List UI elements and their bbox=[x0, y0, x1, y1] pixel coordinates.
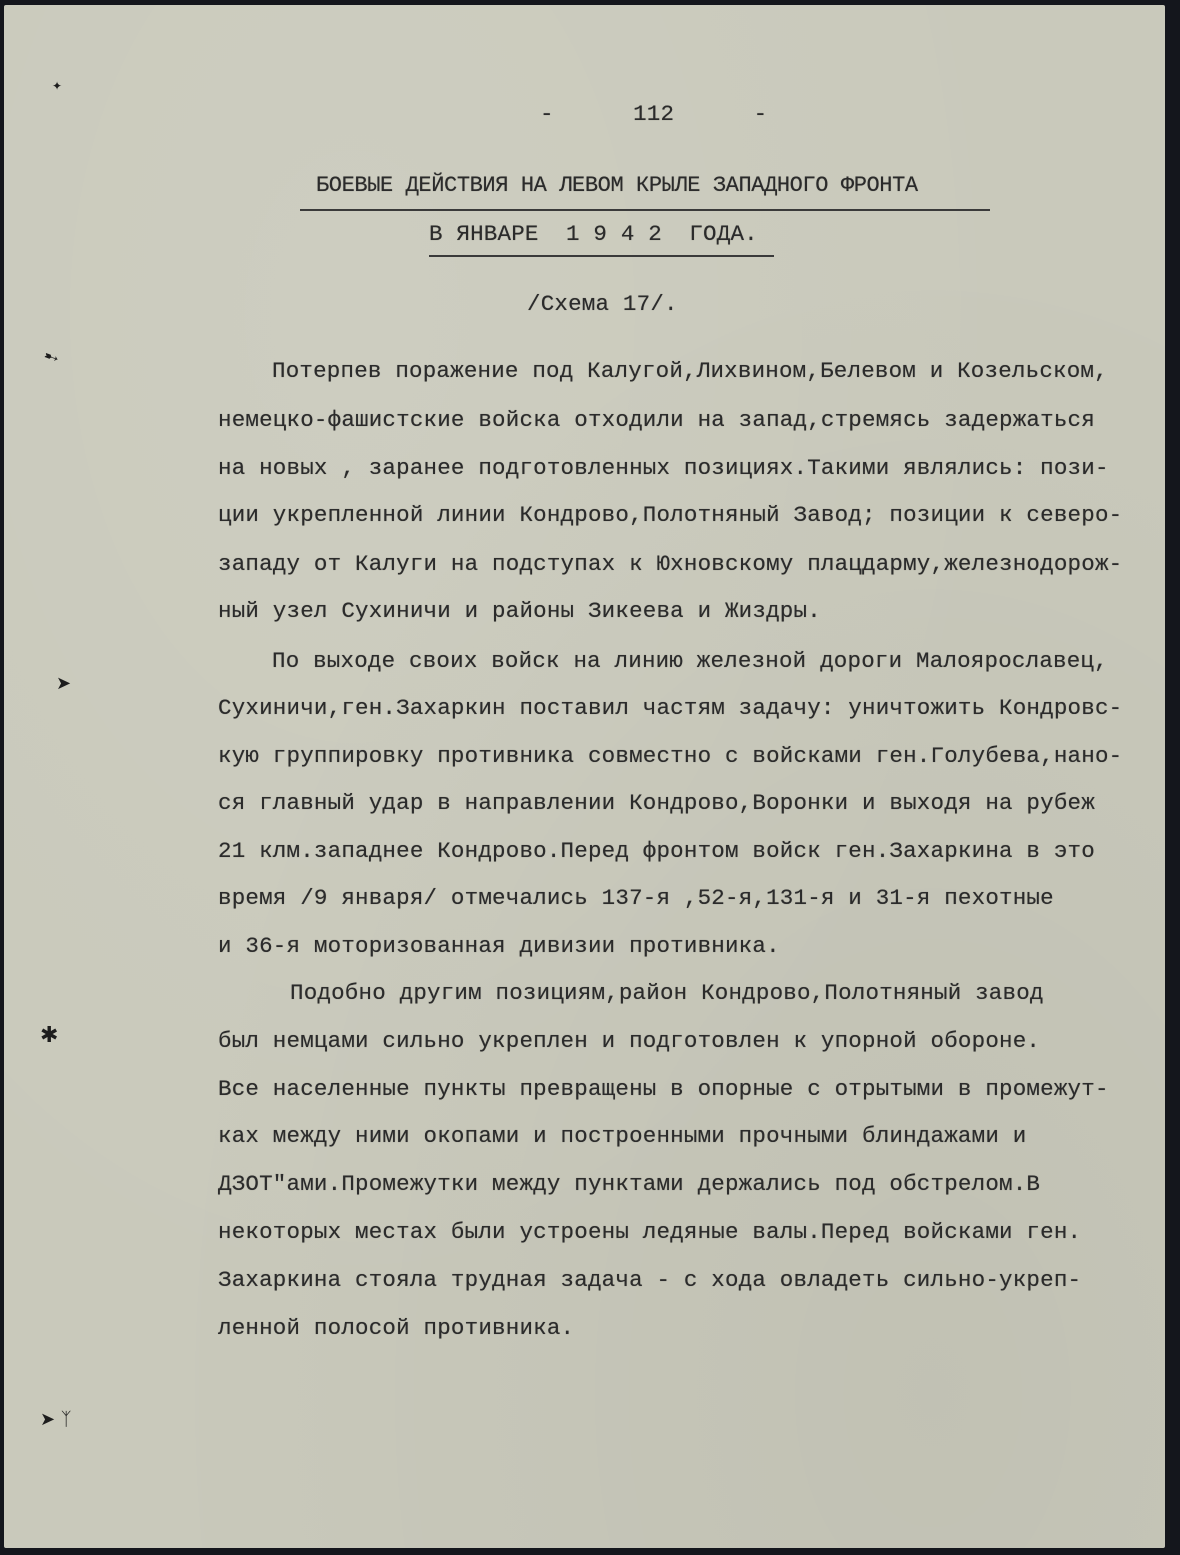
binding-hole-mark-icon: ➷ bbox=[40, 345, 63, 370]
paragraph-1-line-3: на новых , заранее подготовленных позици… bbox=[218, 455, 1109, 481]
paragraph-3-line-2: был немцами сильно укреплен и подготовле… bbox=[218, 1028, 1040, 1054]
title-underline bbox=[300, 209, 990, 211]
paragraph-2-line-3: кую группировку противника совместно с в… bbox=[218, 743, 1122, 769]
paragraph-3-line-6: некоторых местах были устроены ледяные в… bbox=[218, 1219, 1081, 1245]
paragraph-2-line-1: По выходе своих войск на линию железной … bbox=[272, 648, 1108, 674]
scheme-reference: /Схема 17/. bbox=[527, 291, 678, 317]
paragraph-1-line-5: западу от Калуги на подступах к Юхновско… bbox=[218, 551, 1122, 577]
page-number: - 112 - bbox=[540, 101, 767, 127]
paragraph-1-line-4: ции укрепленной линии Кондрово,Полотняны… bbox=[218, 502, 1122, 528]
binding-hole-mark-icon: ✱ bbox=[40, 1023, 58, 1048]
document-page: - 112 - БОЕВЫЕ ДЕЙСТВИЯ НА ЛЕВОМ КРЫЛЕ З… bbox=[4, 5, 1165, 1548]
paragraph-3-line-1: Подобно другим позициям,район Кондрово,П… bbox=[290, 980, 1044, 1006]
binding-hole-mark-icon: ✦ bbox=[52, 79, 62, 93]
document-subtitle: В ЯНВАРЕ 1 9 4 2 ГОДА. bbox=[429, 221, 758, 247]
binding-hole-mark-icon: ➤ bbox=[56, 673, 71, 694]
paragraph-3-line-5: ДЗОТ"ами.Промежутки между пунктами держа… bbox=[218, 1171, 1040, 1197]
paragraph-2-line-5: 21 клм.западнее Кондрово.Перед фронтом в… bbox=[218, 838, 1095, 864]
paragraph-1-line-2: немецко-фашистские войска отходили на за… bbox=[218, 407, 1095, 433]
paragraph-1-line-1: Потерпев поражение под Калугой,Лихвином,… bbox=[272, 358, 1108, 384]
paragraph-2-line-7: и 36-я моторизованная дивизии противника… bbox=[218, 933, 780, 959]
paragraph-3-line-4: ках между ними окопами и построенными пр… bbox=[218, 1123, 1026, 1149]
paragraph-3-line-3: Все населенные пункты превращены в опорн… bbox=[218, 1076, 1109, 1102]
paragraph-3-line-8: ленной полосой противника. bbox=[218, 1315, 574, 1341]
paragraph-1-line-6: ный узел Сухиничи и районы Зикеева и Жиз… bbox=[218, 598, 821, 624]
document-title: БОЕВЫЕ ДЕЙСТВИЯ НА ЛЕВОМ КРЫЛЕ ЗАПАДНОГО… bbox=[316, 173, 918, 198]
paragraph-2-line-2: Сухиничи,ген.Захаркин поставил частям за… bbox=[218, 695, 1122, 721]
paragraph-2-line-4: ся главный удар в направлении Кондрово,В… bbox=[218, 790, 1095, 816]
paragraph-3-line-7: Захаркина стояла трудная задача - с хода… bbox=[218, 1267, 1081, 1293]
subtitle-underline bbox=[429, 255, 774, 257]
paragraph-2-line-6: время /9 января/ отмечались 137-я ,52-я,… bbox=[218, 885, 1054, 911]
binding-hole-mark-icon: ➤ ᛉ bbox=[40, 1409, 72, 1430]
